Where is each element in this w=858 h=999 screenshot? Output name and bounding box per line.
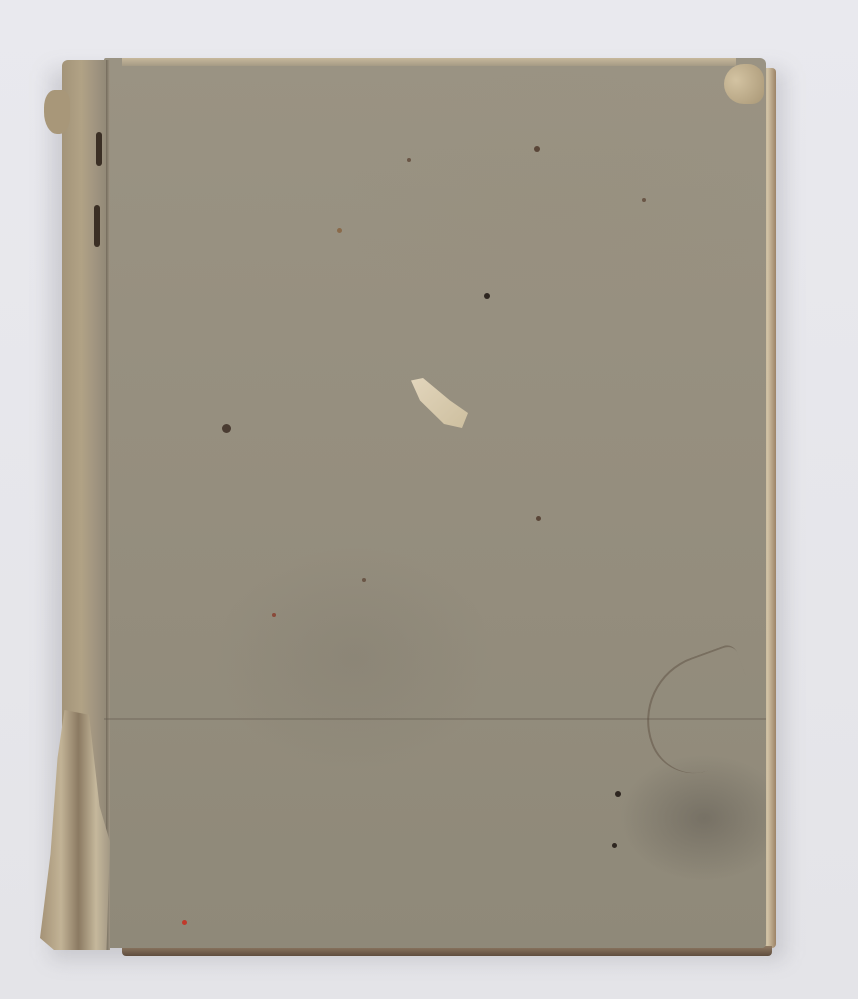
speck bbox=[615, 791, 621, 797]
speck bbox=[407, 158, 411, 162]
speck bbox=[612, 843, 617, 848]
spine-torn-nub bbox=[44, 90, 70, 134]
speck bbox=[536, 516, 541, 521]
speck bbox=[272, 613, 276, 617]
spine-slit bbox=[94, 205, 100, 247]
book-cover bbox=[104, 58, 766, 948]
book bbox=[62, 58, 776, 954]
book-spine bbox=[62, 60, 110, 950]
speck bbox=[337, 228, 342, 233]
speck bbox=[642, 198, 646, 202]
corner-curl bbox=[724, 64, 764, 104]
speck bbox=[534, 146, 540, 152]
speck bbox=[484, 293, 490, 299]
spine-fold bbox=[106, 60, 110, 950]
speck bbox=[362, 578, 366, 582]
cover-top-edge bbox=[122, 58, 736, 66]
spine-slit bbox=[96, 132, 102, 166]
speck bbox=[222, 424, 231, 433]
speck bbox=[182, 920, 187, 925]
